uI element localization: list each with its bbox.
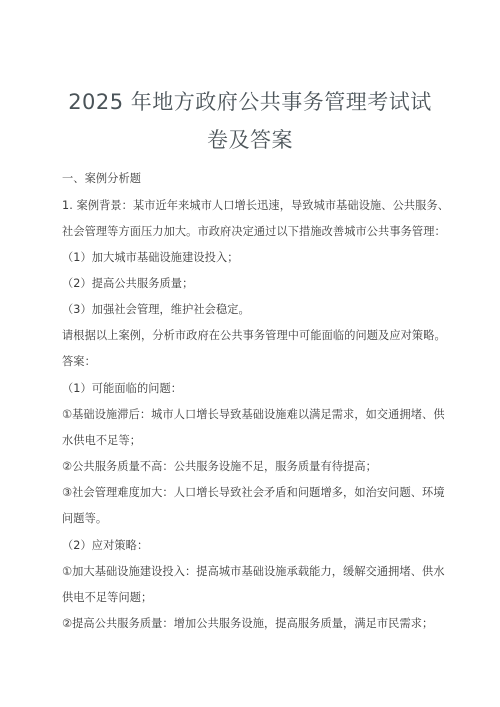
paragraph-line: 请根据以上案例，分析市政府在公共事务管理中可能面临的问题及应对策略。	[62, 327, 446, 343]
paragraph-line: 供电不足等问题；	[62, 589, 152, 605]
paragraph-line: 水供电不足等；	[62, 432, 141, 448]
paragraph-line: ①基础设施滞后：城市人口增长导致基础设施难以满足需求，如交通拥堵、供	[62, 406, 445, 422]
paragraph-line: ③社会管理难度加大：人口增长导致社会矛盾和问题增多，如治安问题、环境	[62, 484, 445, 500]
paragraph-line: ①加大基础设施建设投入：提高城市基础设施承载能力，缓解交通拥堵、供水	[62, 563, 445, 579]
document-title-line-2: 卷及答案	[0, 124, 500, 154]
paragraph-line: （3）加强社会管理，维护社会稳定。	[62, 301, 250, 317]
paragraph-line: （1）加大城市基础设施建设投入；	[62, 249, 239, 265]
paragraph-line: （2）应对策略：	[62, 537, 148, 553]
paragraph-line: ②公共服务质量不高：公共服务设施不足，服务质量有待提高；	[62, 458, 377, 474]
paragraph-line: 问题等。	[62, 510, 107, 526]
paragraph-line: 社会管理等方面压力加大。市政府决定通过以下措施改善城市公共事务管理：	[62, 223, 446, 239]
paragraph-line: 1. 案例背景：某市近年来城市人口增长迅速，导致城市基础设施、公共服务、	[62, 197, 449, 213]
paragraph-line: （1）可能面临的问题：	[62, 380, 182, 396]
paragraph-line: （2）提高公共服务质量；	[62, 275, 193, 291]
section-heading: 一、案例分析题	[62, 170, 141, 186]
paragraph-line: ②提高公共服务质量：增加公共服务设施，提高服务质量，满足市民需求；	[62, 615, 433, 631]
answer-label: 答案：	[62, 353, 96, 369]
document-title-line-1: 2025 年地方政府公共事务管理考试试	[0, 86, 500, 116]
